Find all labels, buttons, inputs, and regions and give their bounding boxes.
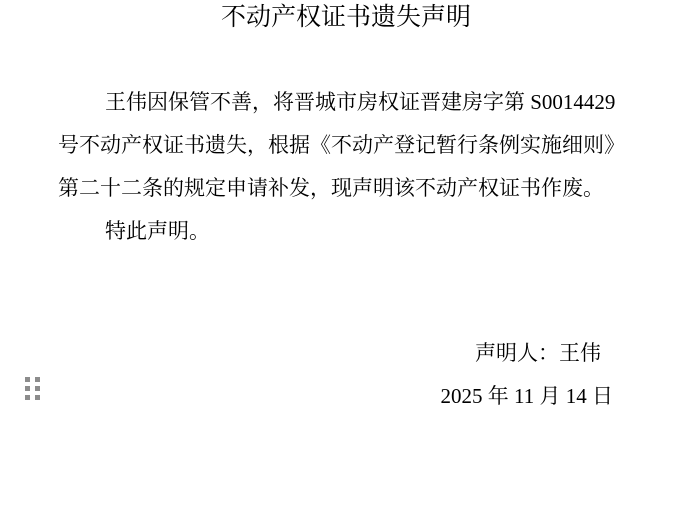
declarant-line[interactable]: 声明人：王伟 [0, 332, 692, 375]
drag-dot [25, 395, 30, 400]
drag-dot [25, 386, 30, 391]
drag-dot [35, 386, 40, 391]
body-line-3[interactable]: 第二十二条的规定申请补发，现声明该不动产权证书作废。 [58, 167, 634, 210]
body-line-4[interactable]: 特此声明。 [58, 210, 634, 253]
document-body: 王伟因保管不善，将晋城市房权证晋建房字第 S0014429 号不动产权证书遗失，… [58, 81, 634, 253]
document-page: 不动产权证书遗失声明 王伟因保管不善，将晋城市房权证晋建房字第 S0014429… [0, 0, 692, 532]
drag-handle-icon[interactable] [25, 377, 40, 400]
body-line-1[interactable]: 王伟因保管不善，将晋城市房权证晋建房字第 S0014429 [58, 81, 634, 124]
document-title[interactable]: 不动产权证书遗失声明 [0, 0, 692, 36]
body-line-2[interactable]: 号不动产权证书遗失，根据《不动产登记暂行条例实施细则》 [58, 124, 634, 167]
date-line[interactable]: 2025 年 11 月 14 日 [0, 375, 692, 418]
signature-block: 声明人：王伟 2025 年 11 月 14 日 [0, 332, 692, 418]
drag-dot [35, 377, 40, 382]
drag-dot [25, 377, 30, 382]
drag-dot [35, 395, 40, 400]
